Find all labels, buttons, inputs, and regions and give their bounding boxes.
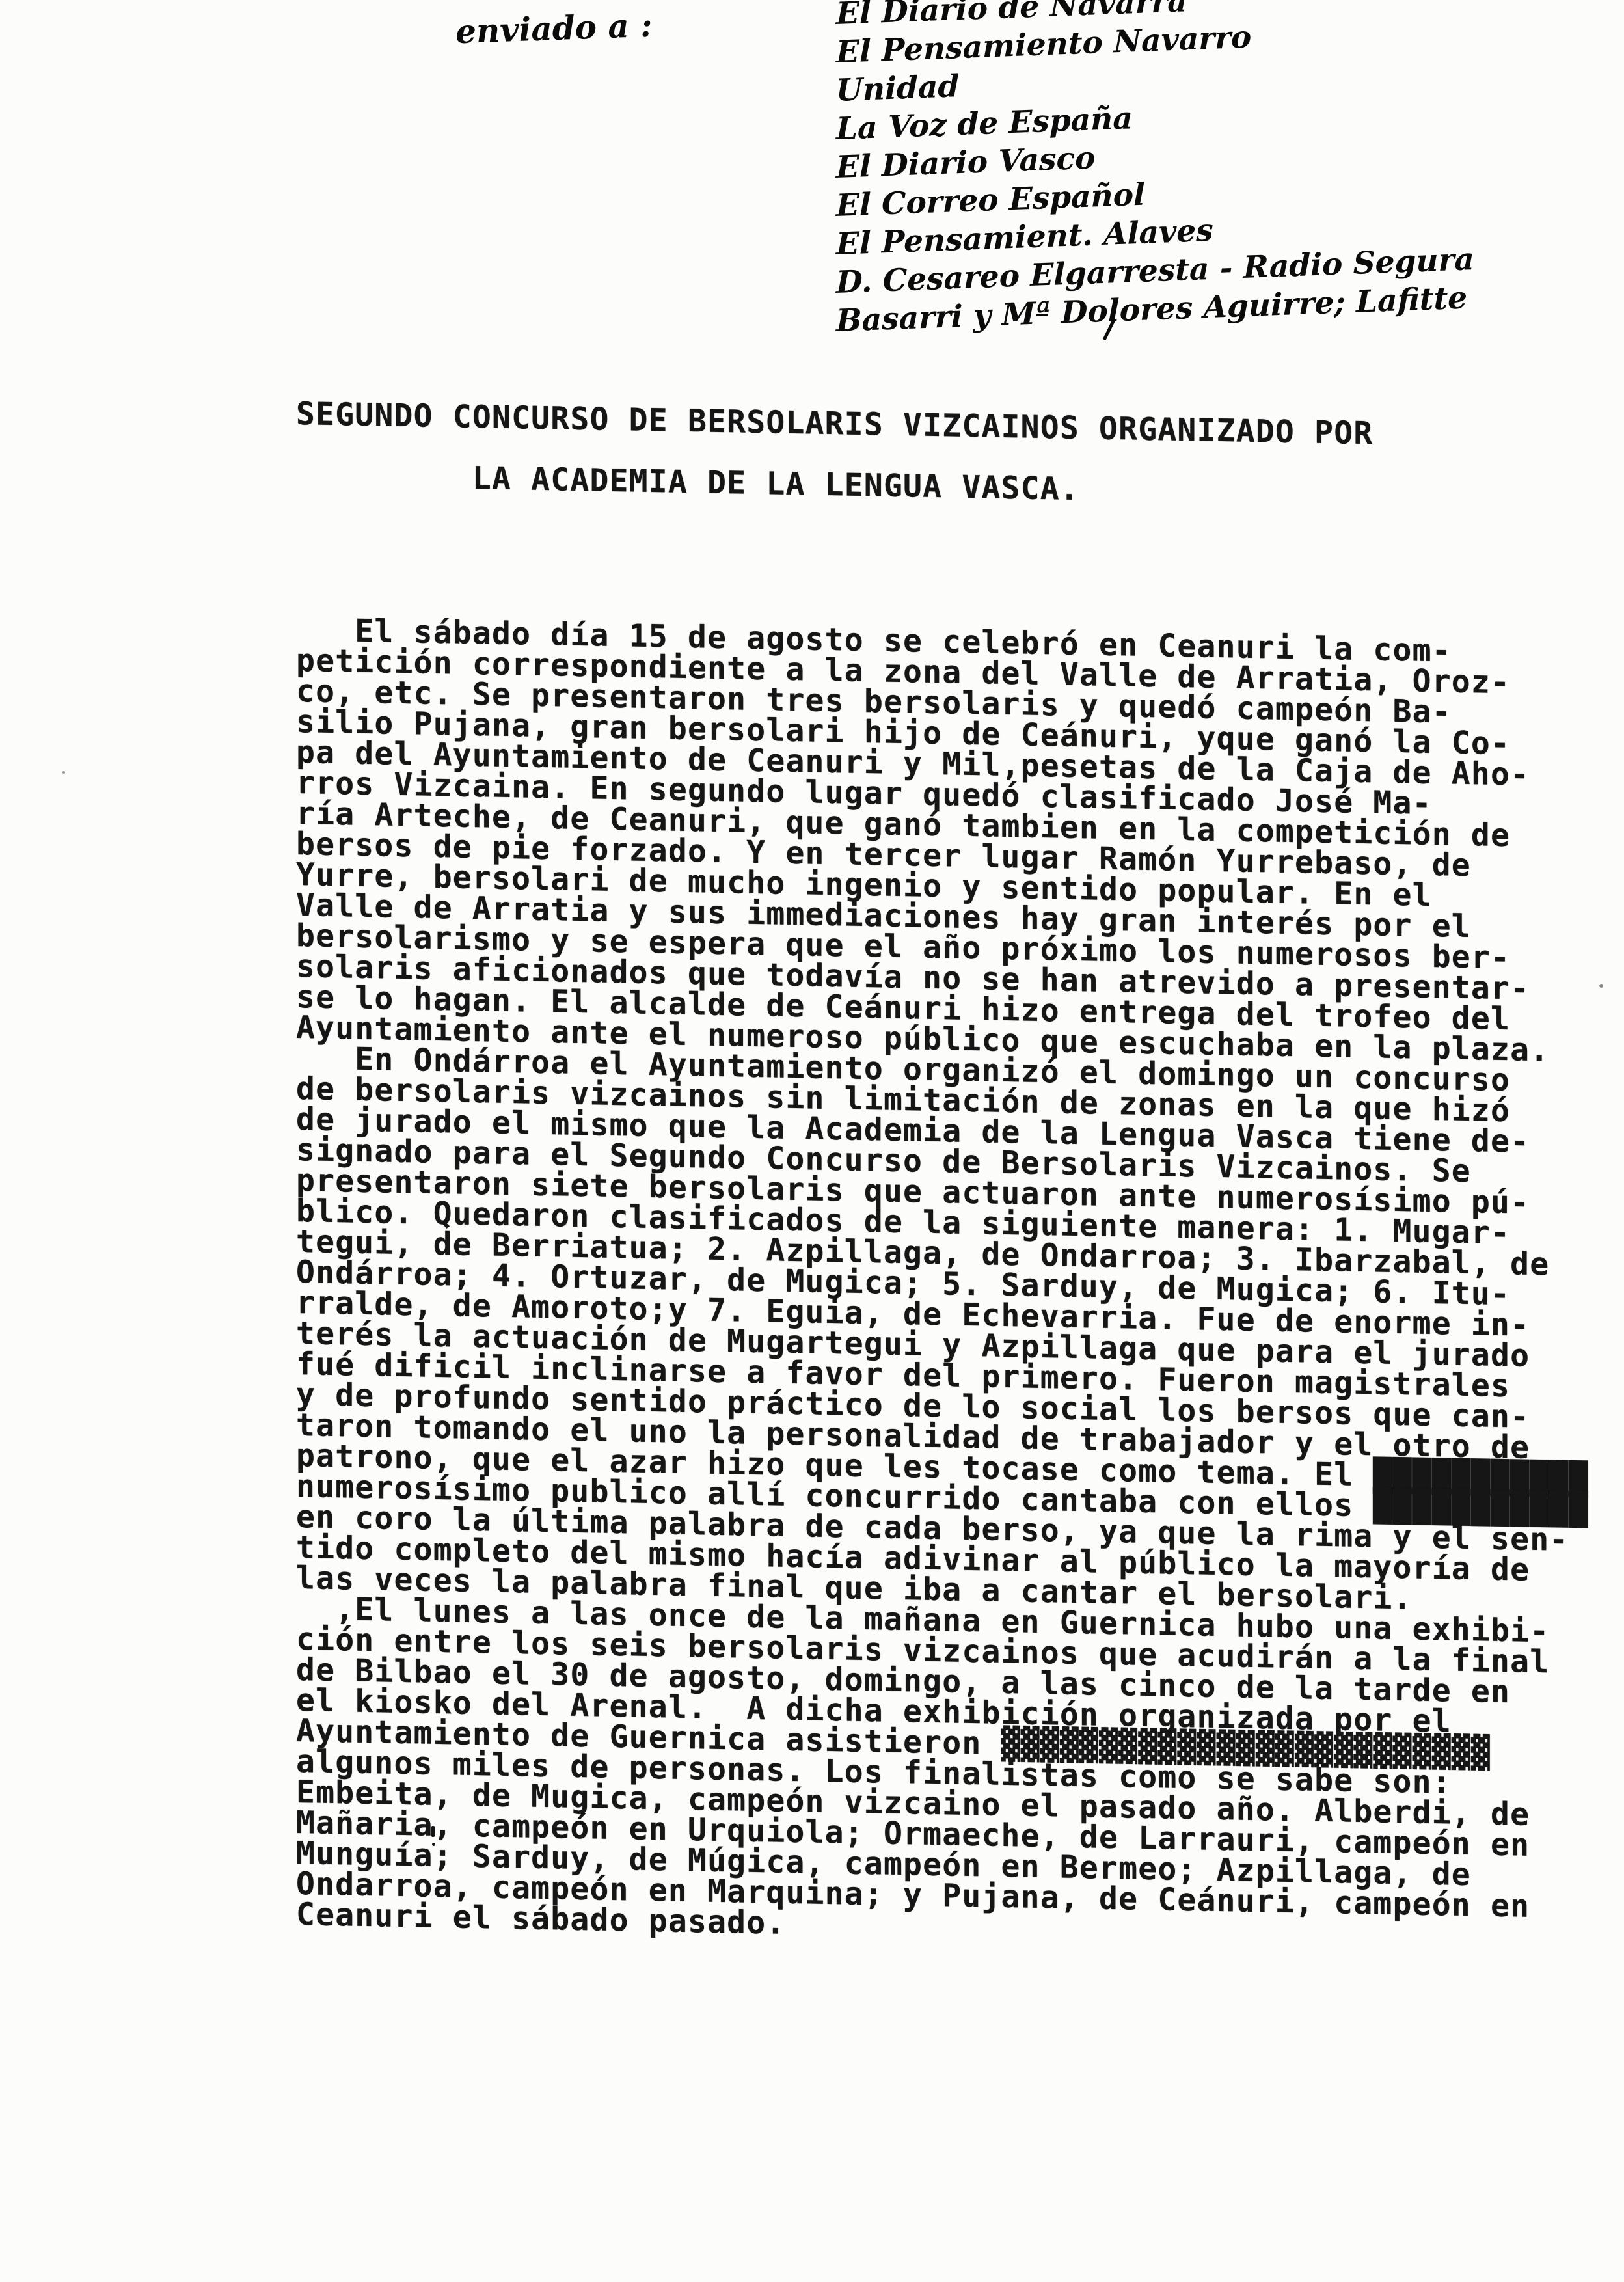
scan-speck — [1599, 984, 1603, 988]
title-line-2: LA ACADEMIA DE LA LENGUA VASCA. — [296, 457, 1589, 517]
handwritten-recipient-list: El Diario de NavarraEl Pensamiento Navar… — [836, 0, 1474, 340]
typescript-block: SEGUNDO CONCURSO DE BERSOLARIS VIZCAINOS… — [296, 346, 1589, 1978]
scan-speck — [431, 1826, 435, 1837]
scanned-typescript-page: enviado a : El Diario de NavarraEl Pensa… — [0, 0, 1624, 2282]
title-line-1: SEGUNDO CONCURSO DE BERSOLARIS VIZCAINOS… — [296, 396, 1589, 455]
scan-speck — [432, 1843, 435, 1846]
handwritten-sent-to-label: enviado a : — [455, 6, 653, 51]
document-title: SEGUNDO CONCURSO DE BERSOLARIS VIZCAINOS… — [296, 371, 1589, 541]
scan-speck — [62, 771, 65, 774]
typescript-body: El sábado día 15 de agosto se celebró en… — [296, 615, 1589, 1953]
